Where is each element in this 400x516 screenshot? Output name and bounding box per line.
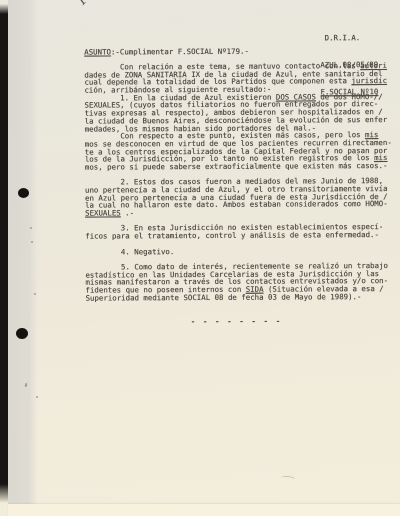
document-line: mos, pero si puede saberse extraoficialm… [85,162,397,171]
pencil-smudge [281,475,295,481]
page-edge-strip [8,0,38,516]
page-bottom-band [8,504,400,516]
document-body: Con relación a este tema, se mantuvo con… [84,62,397,302]
scan-speck [30,227,32,229]
separator-dashes: - - - - - - - - [191,317,282,326]
letterhead-org: D.R.I.A. [320,33,378,42]
handwritten-note: Pg 9/ [74,0,114,8]
punch-hole-top [18,188,29,198]
scan-black-edge [0,4,8,503]
document-page: Pg 9/ D.R.I.A. AZUL,08/05/89 F.SOCIAL Nº… [0,0,400,516]
subject-line: ASUNTO:-Cumplimentar F.SOCIAL Nº179.- [84,47,249,57]
document-line: ficos para el tratamiento, control y aná… [85,231,397,240]
scan-speck [31,241,33,243]
scan-speck [34,293,36,295]
typed-content: D.R.I.A. AZUL,08/05/89 F.SOCIAL Nº10 ASU… [0,0,400,1]
subject-text: :-Cumplimentar F.SOCIAL Nº179.- [111,47,249,57]
subject-label: ASUNTO [84,47,111,56]
punch-hole-bottom [16,328,28,339]
document-line: Superioridad mediante SOCIAL 08 de fecha… [86,293,398,302]
scan-speck [36,396,38,398]
